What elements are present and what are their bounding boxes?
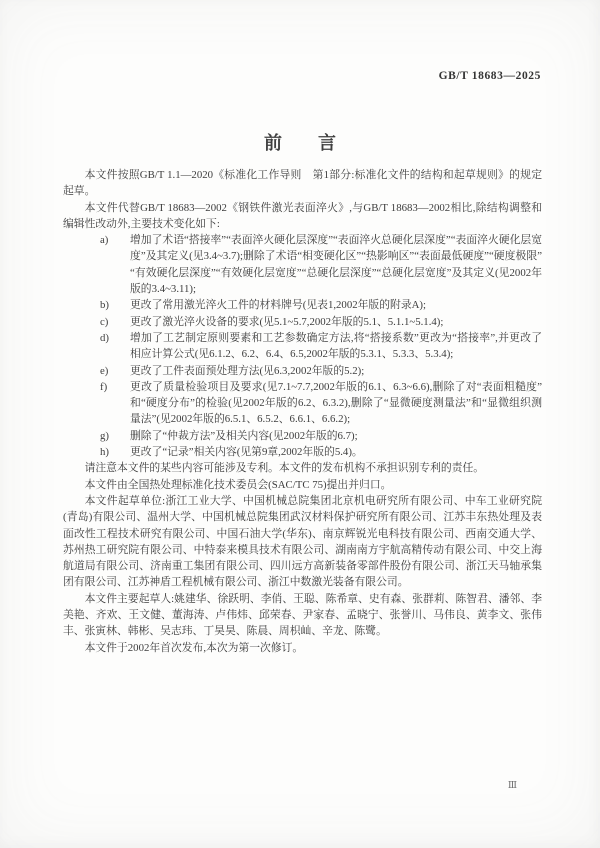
paragraph-committee: 本文件由全国热处理标准化技术委员会(SAC/TC 75)提出并归口。 bbox=[63, 477, 542, 493]
list-item-text: 增加了工艺制定原则要素和工艺参数确定方法,将“搭接系数”更改为“搭接率”,并更改… bbox=[130, 330, 542, 363]
paragraph-drafting-organizations: 本文件起草单位:浙江工业大学、中国机械总院集团北京机电研究所有限公司、中车工业研… bbox=[63, 493, 542, 591]
list-item-label: c) bbox=[100, 314, 130, 330]
list-item: c) 更改了激光淬火设备的要求(见5.1~5.7,2002年版的5.1、5.1.… bbox=[63, 314, 542, 330]
list-item-text: 删除了“仲裁方法”及相关内容(见2002年版的6.7); bbox=[130, 428, 542, 444]
list-item-label: g) bbox=[100, 428, 130, 444]
paragraph-revision-history: 本文件于2002年首次发布,本次为第一次修订。 bbox=[63, 640, 542, 656]
list-item-label: b) bbox=[100, 297, 130, 313]
paragraph-patent-note: 请注意本文件的某些内容可能涉及专利。本文件的发布机构不承担识别专利的责任。 bbox=[63, 460, 542, 476]
list-item: b) 更改了常用激光淬火工件的材料牌号(见表1,2002年版的附录A); bbox=[63, 297, 542, 313]
list-item-text: 更改了激光淬火设备的要求(见5.1~5.7,2002年版的5.1、5.1.1~5… bbox=[130, 314, 542, 330]
page-number: Ⅲ bbox=[508, 780, 517, 791]
list-item: g) 删除了“仲裁方法”及相关内容(见2002年版的6.7); bbox=[63, 428, 542, 444]
document-page: GB/T 18683—2025 前 言 本文件按照GB/T 1.1—2020《标… bbox=[0, 0, 600, 848]
list-item-text: 增加了术语“搭接率”“表面淬火硬化层深度”“表面淬火总硬化层深度”“表面淬火硬化… bbox=[130, 232, 542, 297]
list-item-label: d) bbox=[100, 330, 130, 363]
standard-number: GB/T 18683—2025 bbox=[439, 70, 541, 82]
list-item-label: h) bbox=[100, 444, 130, 460]
changes-list: a) 增加了术语“搭接率”“表面淬火硬化层深度”“表面淬火总硬化层深度”“表面淬… bbox=[63, 232, 542, 460]
page-title: 前 言 bbox=[0, 129, 600, 155]
paragraph-replacement-intro: 本文件代替GB/T 18683—2002《钢铁件激光表面淬火》,与GB/T 18… bbox=[63, 200, 542, 233]
list-item-label: e) bbox=[100, 363, 130, 379]
list-item: h) 更改了“记录”相关内容(见第9章,2002年版的5.4)。 bbox=[63, 444, 542, 460]
paragraph-basis: 本文件按照GB/T 1.1—2020《标准化工作导则 第1部分:标准化文件的结构… bbox=[63, 167, 542, 200]
foreword-body: 本文件按照GB/T 1.1—2020《标准化工作导则 第1部分:标准化文件的结构… bbox=[63, 167, 542, 656]
list-item-text: 更改了质量检验项目及要求(见7.1~7.7,2002年版的6.1、6.3~6.6… bbox=[130, 379, 542, 428]
list-item-text: 更改了工件表面预处理方法(见6.3,2002年版的5.2); bbox=[130, 363, 542, 379]
paragraph-main-drafters: 本文件主要起草人:姚建华、徐跃明、李俏、王聪、陈希章、史有森、张群莉、陈智君、潘… bbox=[63, 591, 542, 640]
list-item: a) 增加了术语“搭接率”“表面淬火硬化层深度”“表面淬火总硬化层深度”“表面淬… bbox=[63, 232, 542, 297]
list-item-label: a) bbox=[100, 232, 130, 297]
list-item-label: f) bbox=[100, 379, 130, 428]
list-item: d) 增加了工艺制定原则要素和工艺参数确定方法,将“搭接系数”更改为“搭接率”,… bbox=[63, 330, 542, 363]
list-item: f) 更改了质量检验项目及要求(见7.1~7.7,2002年版的6.1、6.3~… bbox=[63, 379, 542, 428]
list-item-text: 更改了常用激光淬火工件的材料牌号(见表1,2002年版的附录A); bbox=[130, 297, 542, 313]
list-item-text: 更改了“记录”相关内容(见第9章,2002年版的5.4)。 bbox=[130, 444, 542, 460]
list-item: e) 更改了工件表面预处理方法(见6.3,2002年版的5.2); bbox=[63, 363, 542, 379]
